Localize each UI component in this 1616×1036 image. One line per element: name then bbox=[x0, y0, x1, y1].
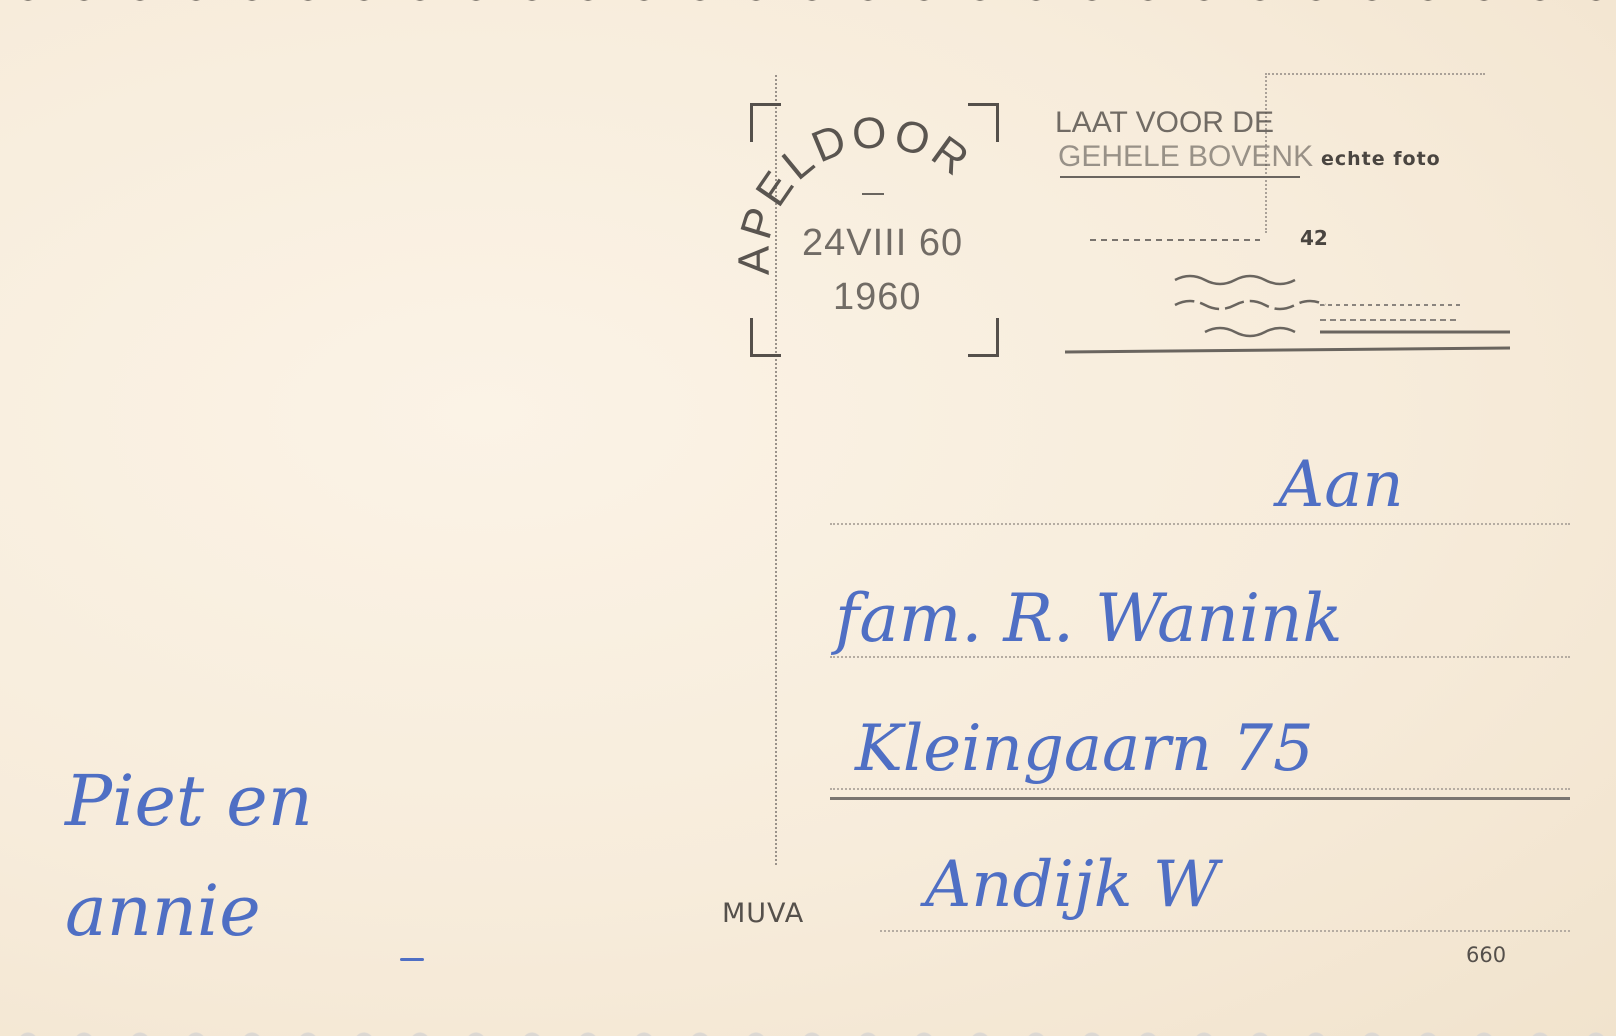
address-line-3-solid bbox=[830, 797, 1570, 800]
slogan-underline bbox=[1060, 176, 1300, 178]
scalloped-edge-bottom bbox=[0, 1028, 1616, 1036]
handwritten-message-line-1: Piet en bbox=[65, 760, 313, 842]
wavy-cancel-lines bbox=[1060, 220, 1616, 360]
stamp-area-border bbox=[1265, 73, 1485, 75]
postmark-dash bbox=[862, 193, 884, 195]
handwritten-address-city: Andijk W bbox=[925, 848, 1219, 922]
postmark-bracket-bl bbox=[750, 318, 781, 357]
handwritten-dash bbox=[400, 958, 424, 961]
address-line-1 bbox=[830, 523, 1570, 525]
handwritten-address-street: Kleingaarn 75 bbox=[855, 712, 1314, 786]
stamp-number-label: 42 bbox=[1300, 226, 1328, 250]
postmark-date: 24VIII 60 bbox=[802, 222, 963, 265]
handwritten-address-name: fam. R. Wanink bbox=[835, 580, 1343, 657]
echte-foto-label: echte foto bbox=[1321, 148, 1441, 170]
slogan-line-1: LAAT VOOR DE bbox=[1055, 106, 1274, 140]
publisher-label: MUVA bbox=[722, 898, 804, 929]
postmark-year: 1960 bbox=[833, 276, 922, 319]
address-line-4 bbox=[880, 930, 1570, 932]
handwritten-message-line-2: annie bbox=[65, 870, 261, 952]
address-line-3 bbox=[830, 788, 1570, 790]
card-number-label: 660 bbox=[1466, 943, 1506, 967]
postmark-bracket-br bbox=[968, 318, 999, 357]
scalloped-edge-top bbox=[0, 0, 1616, 8]
postmark-city-arc: APELDOOR bbox=[745, 95, 1005, 295]
postcard: APELDOOR 24VIII 60 1960 LAAT VOOR DE GEH… bbox=[0, 0, 1616, 1036]
handwritten-salutation: Aan bbox=[1278, 448, 1404, 522]
slogan-line-2: GEHELE BOVENK bbox=[1058, 140, 1313, 174]
